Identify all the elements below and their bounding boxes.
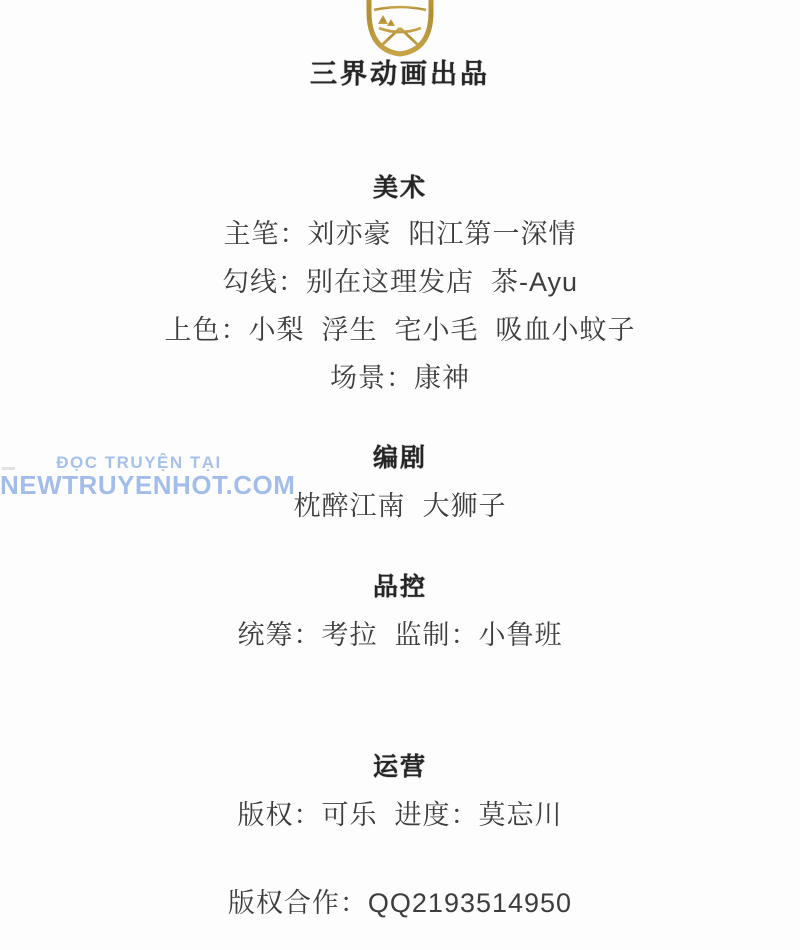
credit-line: 枕醉江南 大狮子	[0, 492, 800, 520]
publisher-logo	[0, 0, 800, 58]
section-title-writers: 编剧	[0, 444, 800, 472]
credit-line: 勾线：别在这理发店 茶-Ayu	[0, 268, 800, 296]
publisher-name: 三界动画出品	[0, 59, 800, 89]
credit-line: 上色：小梨 浮生 宅小毛 吸血小蚊子	[0, 316, 800, 344]
section-title-art: 美术	[0, 174, 800, 202]
credits-page: 三界动画出品 美术 主笔：刘亦豪 阳江第一深情 勾线：别在这理发店 茶-Ayu …	[0, 0, 800, 950]
credit-line: 统筹：考拉 监制：小鲁班	[0, 621, 800, 649]
credit-line: 主笔：刘亦豪 阳江第一深情	[0, 220, 800, 248]
section-title-quality: 品控	[0, 573, 800, 601]
section-title-operations: 运营	[0, 753, 800, 781]
sanjie-emblem-icon	[362, 0, 438, 58]
copyright-contact: 版权合作：QQ2193514950	[0, 889, 800, 917]
edge-artifact	[2, 467, 15, 470]
credit-line: 版权：可乐 进度：莫忘川	[0, 801, 800, 829]
credit-line: 场景：康神	[0, 364, 800, 392]
